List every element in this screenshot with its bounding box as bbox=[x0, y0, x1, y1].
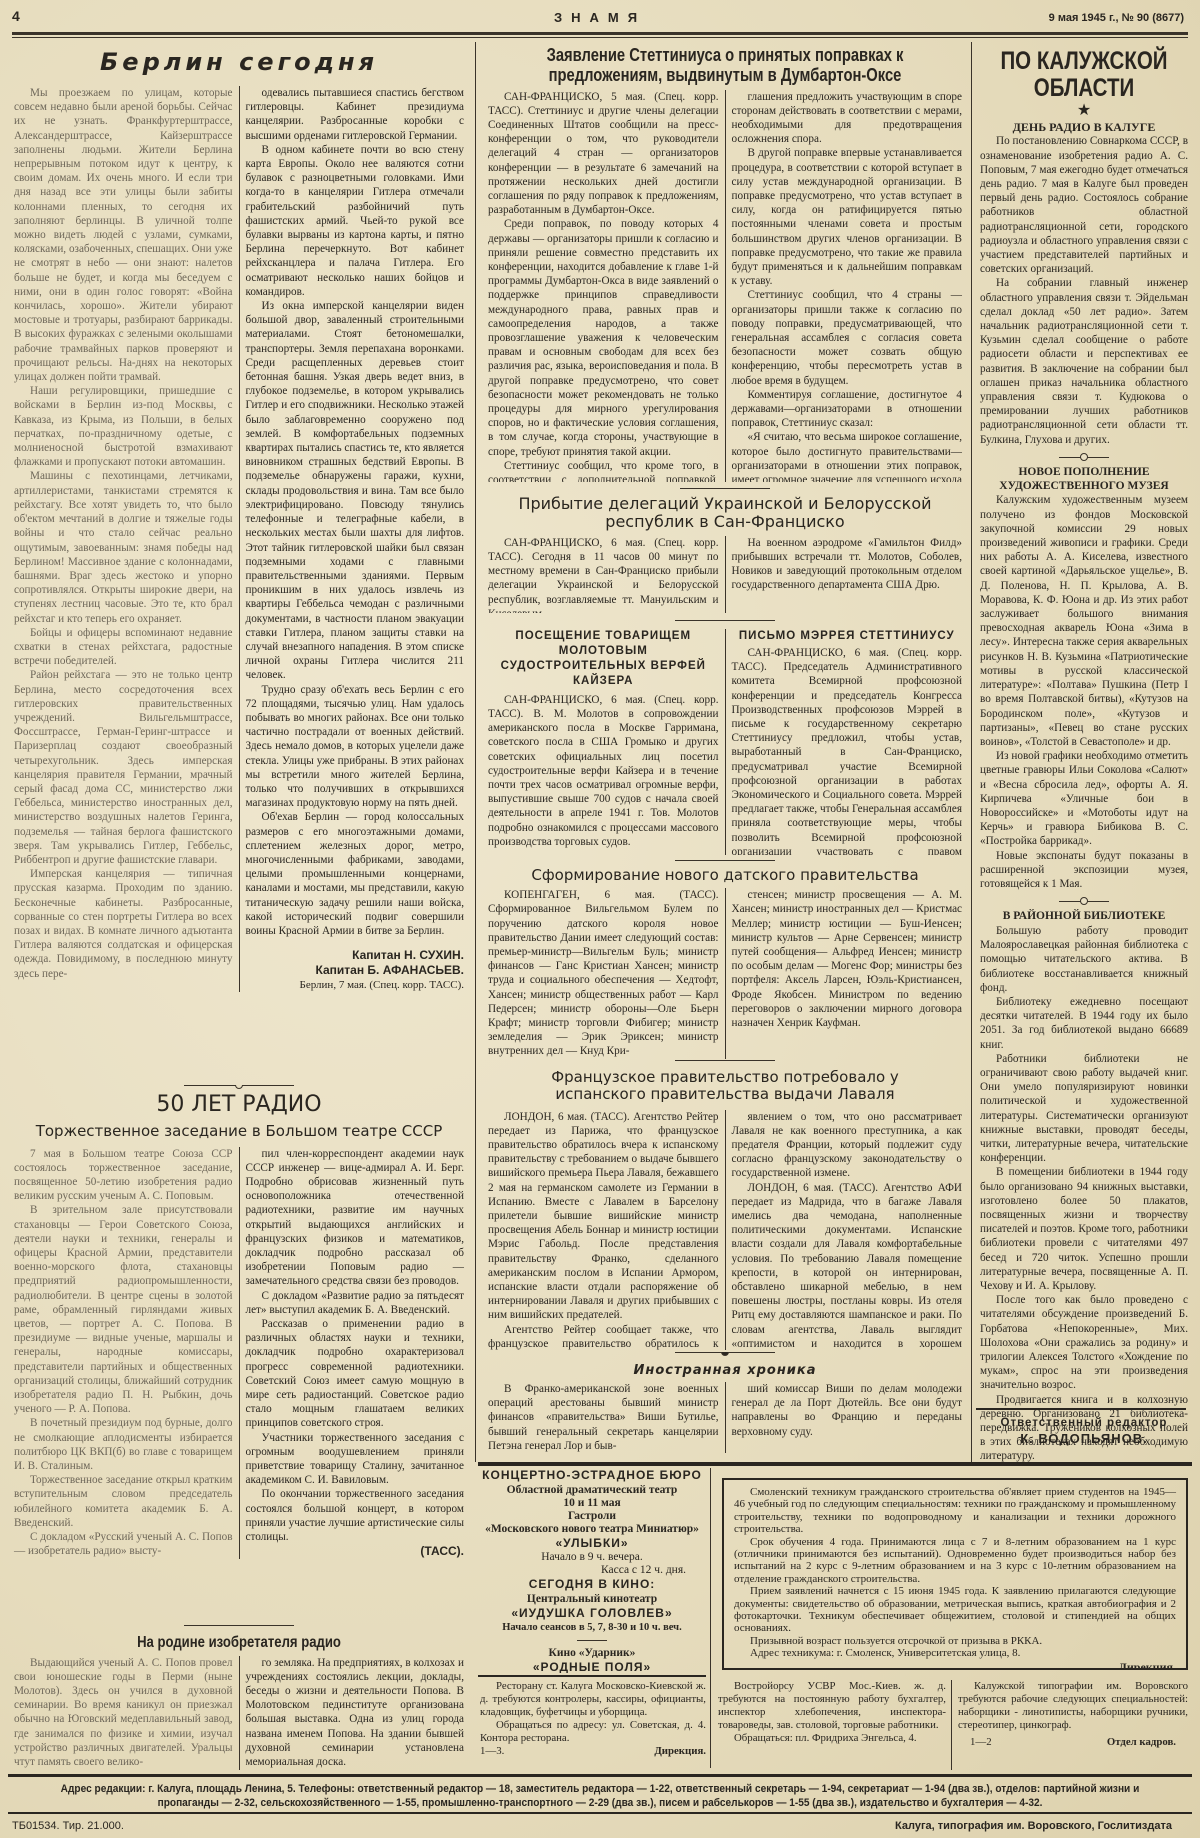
paragraph: Из новой графики необходимо отметить цве… bbox=[980, 749, 1188, 848]
article-title: ПИСЬМО МЭРРЕЯ СТЕТТИНИУСУ bbox=[732, 629, 963, 644]
source: (ТАСС). bbox=[246, 1544, 465, 1559]
masthead-rule bbox=[12, 32, 1188, 38]
article-title: В РАЙОННОЙ БИБЛИОТЕКЕ bbox=[976, 910, 1192, 924]
paper-name: ЗНАМЯ bbox=[8, 10, 1192, 25]
section-kaluga-region: ПО КАЛУЖСКОЙ ОБЛАСТИ ★ ДЕНЬ РАДИО В КАЛУ… bbox=[976, 42, 1192, 1467]
article-radio-50: 50 ЛЕТ РАДИО Торжественное заседание в Б… bbox=[8, 1085, 470, 1565]
article-column-1: САН-ФРАНЦИСКО, 5 мая. (Спец. корр. ТАСС)… bbox=[482, 90, 725, 482]
paragraph: Работники библиотеки не ограничивают сво… bbox=[980, 1052, 1188, 1166]
show-title: «УЛЫБКИ» bbox=[478, 1536, 706, 1552]
paragraph: Наши регулировщики, пришедшие с войсками… bbox=[14, 384, 233, 469]
editor-block: Ответственный редактор К. ВОДОПЬЯНОВ. bbox=[976, 1416, 1192, 1464]
masthead: 4 ЗНАМЯ 9 мая 1945 г., № 90 (8677) bbox=[8, 4, 1192, 34]
paragraph: В другой поправке впервые устанавливаетс… bbox=[732, 146, 963, 288]
footer-rule bbox=[8, 1812, 1192, 1814]
paragraph: В Франко-американской зоне военных опера… bbox=[488, 1382, 719, 1453]
article-column-1: Мы проезжаем по улицам, которые совсем н… bbox=[8, 86, 239, 992]
paragraph: В одном кабинете почти во всю стену карт… bbox=[246, 143, 465, 299]
paragraph: Бойцы и офицеры вспоминают недавние схва… bbox=[14, 626, 233, 669]
ad-line: Областной драматический театр bbox=[478, 1484, 706, 1497]
paragraph: САН-ФРАНЦИСКО, 6 мая. (Спец. корр. ТАСС)… bbox=[488, 693, 719, 849]
rule bbox=[478, 1462, 1192, 1466]
paragraph: ЛОНДОН, 6 мая. (ТАСС). Агентство АФИ пер… bbox=[732, 1181, 963, 1350]
paragraph: го земляка. На предприятиях, в колхозах … bbox=[246, 1656, 465, 1770]
column-rule bbox=[710, 1468, 711, 1768]
paragraph: Обращаться: пл. Фридриха Энгельса, 4. bbox=[718, 1732, 946, 1745]
paragraph: Библиотеку ежедневно посещают десятки чи… bbox=[980, 995, 1188, 1052]
paragraph: Стеттиниус сообщил, что 4 страны — орган… bbox=[732, 288, 963, 387]
show-start: Начало в 9 ч. вечера. bbox=[478, 1551, 706, 1564]
article-subtitle: Торжественное заседание в Большом театре… bbox=[8, 1123, 470, 1140]
editor-name: К. ВОДОПЬЯНОВ. bbox=[976, 1431, 1192, 1448]
paragraph: САН-ФРАНЦИСКО, 6 мая. (Спец. корр. ТАСС)… bbox=[488, 536, 719, 613]
paragraph: Стеттиниус сообщил, что кроме того, в со… bbox=[488, 459, 719, 482]
paragraph: Обращаться по адресу: ул. Советская, д. … bbox=[480, 1719, 706, 1745]
paragraph: САН-ФРАНЦИСКО, 6 мая. (Спец. корр. ТАСС)… bbox=[732, 646, 963, 855]
ad-line: «Московского нового театра Миниатюр» bbox=[478, 1523, 706, 1536]
paragraph: Из окна имперской канцелярии виден больш… bbox=[246, 299, 465, 682]
article-title: На родине изобретателя радио bbox=[50, 1634, 429, 1652]
paragraph: Калужским художественным музеем получено… bbox=[980, 493, 1188, 749]
article-title: Французское правительство потребовало у … bbox=[482, 1069, 968, 1104]
paragraph: Участники торжественного заседания с огр… bbox=[246, 1431, 465, 1488]
paragraph: одевались пытавшиеся спастись бегством г… bbox=[246, 86, 465, 143]
paragraph: Агентство Рейтер сообщает также, что фра… bbox=[488, 1323, 719, 1350]
column-rule bbox=[971, 42, 972, 1462]
article-foreign-chronicle: Иностранная хроника В Франко-американско… bbox=[482, 1352, 968, 1460]
rule bbox=[478, 1675, 706, 1677]
divider bbox=[675, 1352, 775, 1353]
footer-rule bbox=[8, 1774, 1192, 1777]
divider bbox=[680, 488, 770, 489]
article-title: ДЕНЬ РАДИО В КАЛУГЕ bbox=[976, 120, 1192, 134]
article-danish-government: Сформирование нового датского правительс… bbox=[482, 860, 968, 1060]
paragraph: Смоленский техникум гражданского строите… bbox=[734, 1486, 1176, 1536]
article-title: Берлин сегодня bbox=[8, 44, 470, 80]
ad-concert-bureau: КОНЦЕРТНО-ЭСТРАДНОЕ БЮРО Областной драма… bbox=[478, 1468, 706, 1673]
paragraph: Ресторану ст. Калуга Московско-Киевской … bbox=[480, 1680, 706, 1719]
editorial-address: Адрес редакции: г. Калуга, площадь Ленин… bbox=[55, 1782, 1144, 1810]
paragraph: По постановлению Совнаркома СССР, в озна… bbox=[980, 134, 1188, 276]
ad-signature: Дирекция. bbox=[654, 1745, 706, 1758]
editor-label: Ответственный редактор bbox=[976, 1416, 1192, 1431]
paragraph: стенсен; министр просвещения — А. М. Хан… bbox=[732, 888, 963, 1030]
divider bbox=[577, 1640, 607, 1641]
paragraph: КОПЕНГАГЕН, 6 мая. (ТАСС). Сформированно… bbox=[488, 888, 719, 1058]
paragraph: В зрительном зале присутствовали стахано… bbox=[14, 1203, 233, 1416]
source: (ТАСС). bbox=[246, 1769, 465, 1770]
article-title: Прибытие делегаций Украинской и Белорусс… bbox=[482, 495, 968, 532]
paragraph: Призывной возраст пользуется отсрочкой о… bbox=[734, 1635, 1176, 1647]
cinema-heading: СЕГОДНЯ В КИНО: bbox=[478, 1577, 706, 1593]
paragraph: Среди поправок, по поводу которых 4 держ… bbox=[488, 217, 719, 458]
paragraph: С докладом «Развитие радио за пятьдесят … bbox=[246, 1289, 465, 1317]
article-delegations: Прибытие делегаций Украинской и Белорусс… bbox=[482, 488, 968, 613]
paragraph: Комментируя соглашение, достигнутое 4 де… bbox=[732, 388, 963, 431]
star-icon: ★ bbox=[976, 102, 1192, 120]
article-title: ПОСЕЩЕНИЕ ТОВАРИЩЕМ МОЛОТОВЫМ СУДОСТРОИТ… bbox=[488, 629, 719, 689]
paragraph: Востройорсу УСВР Мос.-Киев. ж. д. требую… bbox=[718, 1680, 946, 1732]
printer-info: Калуга, типография им. Воровского, Госли… bbox=[895, 1820, 1172, 1832]
paragraph: В почетный президиум под бурные, долго н… bbox=[14, 1416, 233, 1473]
ad-vostroi: Востройорсу УСВР Мос.-Киев. ж. д. требую… bbox=[718, 1680, 946, 1770]
article-title: Заявление Стеттиниуса о принятых поправк… bbox=[526, 46, 925, 86]
article-column-2: глашения предложить участвующим в споре … bbox=[725, 90, 969, 482]
paragraph: Выдающийся ученый А. С. Попов провел сво… bbox=[14, 1656, 233, 1770]
paragraph: После того как было проведено с читателя… bbox=[980, 1293, 1188, 1392]
ad-line: 10 и 11 мая bbox=[478, 1497, 706, 1510]
ad-code: 1—3. bbox=[480, 1745, 504, 1758]
article-berlin: Берлин сегодня Мы проезжаем по улицам, к… bbox=[8, 42, 470, 1052]
paragraph: «Я считаю, что весьма широкое соглашение… bbox=[732, 430, 963, 482]
article-title: 50 ЛЕТ РАДИО bbox=[8, 1092, 470, 1117]
issue-date: 9 мая 1945 г., № 90 (8677) bbox=[1049, 12, 1184, 24]
divider bbox=[1059, 457, 1109, 458]
paragraph: Новые экспонаты будут показаны в расшире… bbox=[980, 849, 1188, 892]
paragraph: Большую работу проводит Малоярославецкая… bbox=[980, 924, 1188, 995]
paragraph: Прием заявлений начнется с 15 июня 1945 … bbox=[734, 1585, 1176, 1635]
paragraph: По окончании торжественного заседания со… bbox=[246, 1487, 465, 1544]
article-title: Иностранная хроника bbox=[482, 1363, 968, 1378]
cinema-name: Кино «Ударник» bbox=[478, 1647, 706, 1660]
article-laval: Французское правительство потребовало у … bbox=[482, 1060, 968, 1350]
paragraph: Трудно сразу об'ехать весь Берлин с его … bbox=[246, 683, 465, 811]
paragraph: пил член-корреспондент академии наук ССС… bbox=[246, 1147, 465, 1289]
paragraph: Адрес техникума: г. Смоленск, Университе… bbox=[734, 1647, 1176, 1659]
paragraph: Мы проезжаем по улицам, которые совсем н… bbox=[14, 86, 233, 384]
cinema-name: Центральный кинотеатр bbox=[478, 1593, 706, 1606]
paragraph: На собрании главный инженер областного у… bbox=[980, 276, 1188, 446]
column-rule bbox=[951, 1680, 952, 1770]
paragraph: САН-ФРАНЦИСКО, 5 мая. (Спец. корр. ТАСС)… bbox=[488, 90, 719, 218]
article-popov-home: На родине изобретателя радио Выдающийся … bbox=[8, 1625, 470, 1770]
divider bbox=[1059, 901, 1109, 902]
paragraph: Рассказав о применении радио в различных… bbox=[246, 1317, 465, 1431]
ad-title: КОНЦЕРТНО-ЭСТРАДНОЕ БЮРО bbox=[478, 1468, 706, 1484]
ad-restaurant: Ресторану ст. Калуга Московско-Киевской … bbox=[480, 1680, 706, 1770]
ad-code: 1—2 bbox=[970, 1736, 992, 1749]
film-title: «ИУДУШКА ГОЛОВЛЕВ» bbox=[478, 1606, 706, 1622]
film-times: Начало сеансов в 5, 7, 8-30 и 10 ч. веч. bbox=[478, 1621, 706, 1634]
paragraph: На военном аэродроме «Гамильтон Филд» пр… bbox=[732, 536, 963, 593]
rule bbox=[976, 1408, 1186, 1410]
article-molotov-visit: ПОСЕЩЕНИЕ ТОВАРИЩЕМ МОЛОТОВЫМ СУДОСТРОИТ… bbox=[482, 629, 725, 855]
divider bbox=[675, 620, 775, 621]
paragraph: Имперская канцелярия — типичная прусская… bbox=[14, 867, 233, 981]
article-stettinius: Заявление Стеттиниуса о принятых поправк… bbox=[482, 42, 968, 482]
article-title: НОВОЕ ПОПОЛНЕНИЕ ХУДОЖЕСТВЕННОГО МУЗЕЯ bbox=[976, 466, 1192, 494]
article-column-2: пил член-корреспондент академии наук ССС… bbox=[239, 1147, 471, 1560]
film-title: «РОДНЫЕ ПОЛЯ» bbox=[478, 1660, 706, 1673]
section-title: ПО КАЛУЖСКОЙ ОБЛАСТИ bbox=[995, 48, 1172, 102]
ad-signature: Отдел кадров. bbox=[1107, 1736, 1176, 1749]
paragraph: ЛОНДОН, 6 мая. (ТАСС). Агентство Рейтер … bbox=[488, 1110, 719, 1323]
divider bbox=[675, 860, 775, 861]
ad-line: Гастроли bbox=[478, 1510, 706, 1523]
print-run: ТБ01534. Тир. 21.000. bbox=[12, 1820, 124, 1832]
paragraph: Машины с пехотинцами, летчиками, артилле… bbox=[14, 469, 233, 625]
paragraph: ший комиссар Виши по делам молодежи гене… bbox=[732, 1382, 963, 1439]
article-title: Сформирование нового датского правительс… bbox=[482, 867, 968, 884]
paragraph: Торжественное заседание открыл кратким в… bbox=[14, 1473, 233, 1530]
dateline: Берлин, 7 мая. (Спец. корр. ТАСС). bbox=[246, 978, 465, 992]
ad-printing-house: Калужской типографии им. Воровского треб… bbox=[958, 1680, 1188, 1770]
article-murray-letter: ПИСЬМО МЭРРЕЯ СТЕТТИНИУСУ САН-ФРАНЦИСКО,… bbox=[725, 629, 969, 855]
paragraph: Район рейхстага — это не только центр Бе… bbox=[14, 668, 233, 867]
article-column-1: 7 мая в Большом театре Союза ССР состоял… bbox=[8, 1147, 239, 1560]
paragraph: явлением о том, что оно рассматривает Ла… bbox=[732, 1110, 963, 1181]
paragraph: Об'ехав Берлин — город колоссальных разм… bbox=[246, 810, 465, 938]
paragraph: В помещении библиотеки в 1944 году было … bbox=[980, 1165, 1188, 1293]
author-signature: Капитан Н. СУХИН. bbox=[246, 948, 465, 963]
column-rule bbox=[475, 42, 476, 1462]
ad-signature: Дирекция. bbox=[734, 1660, 1176, 1670]
paragraph: С докладом «Русский ученый А. С. Попов —… bbox=[14, 1530, 233, 1558]
ad-technikum: Смоленский техникум гражданского строите… bbox=[722, 1478, 1188, 1670]
divider bbox=[184, 1085, 294, 1086]
divider bbox=[184, 1625, 294, 1626]
paragraph: 7 мая в Большом театре Союза ССР состоял… bbox=[14, 1147, 233, 1204]
articles-molotov-murray: ПОСЕЩЕНИЕ ТОВАРИЩЕМ МОЛОТОВЫМ СУДОСТРОИТ… bbox=[482, 620, 968, 855]
divider bbox=[675, 1060, 775, 1061]
paragraph: глашения предложить участвующим в споре … bbox=[732, 90, 963, 147]
author-signature: Капитан Б. АФАНАСЬЕВ. bbox=[246, 963, 465, 978]
newspaper-page: 4 ЗНАМЯ 9 мая 1945 г., № 90 (8677) Берли… bbox=[8, 0, 1192, 1838]
paragraph: Калужской типографии им. Воровского треб… bbox=[958, 1680, 1188, 1732]
paragraph: Срок обучения 4 года. Принимаются лица с… bbox=[734, 1536, 1176, 1586]
box-office: Касса с 12 ч. дня. bbox=[478, 1564, 706, 1577]
article-column-2: одевались пытавшиеся спастись бегством г… bbox=[239, 86, 471, 992]
